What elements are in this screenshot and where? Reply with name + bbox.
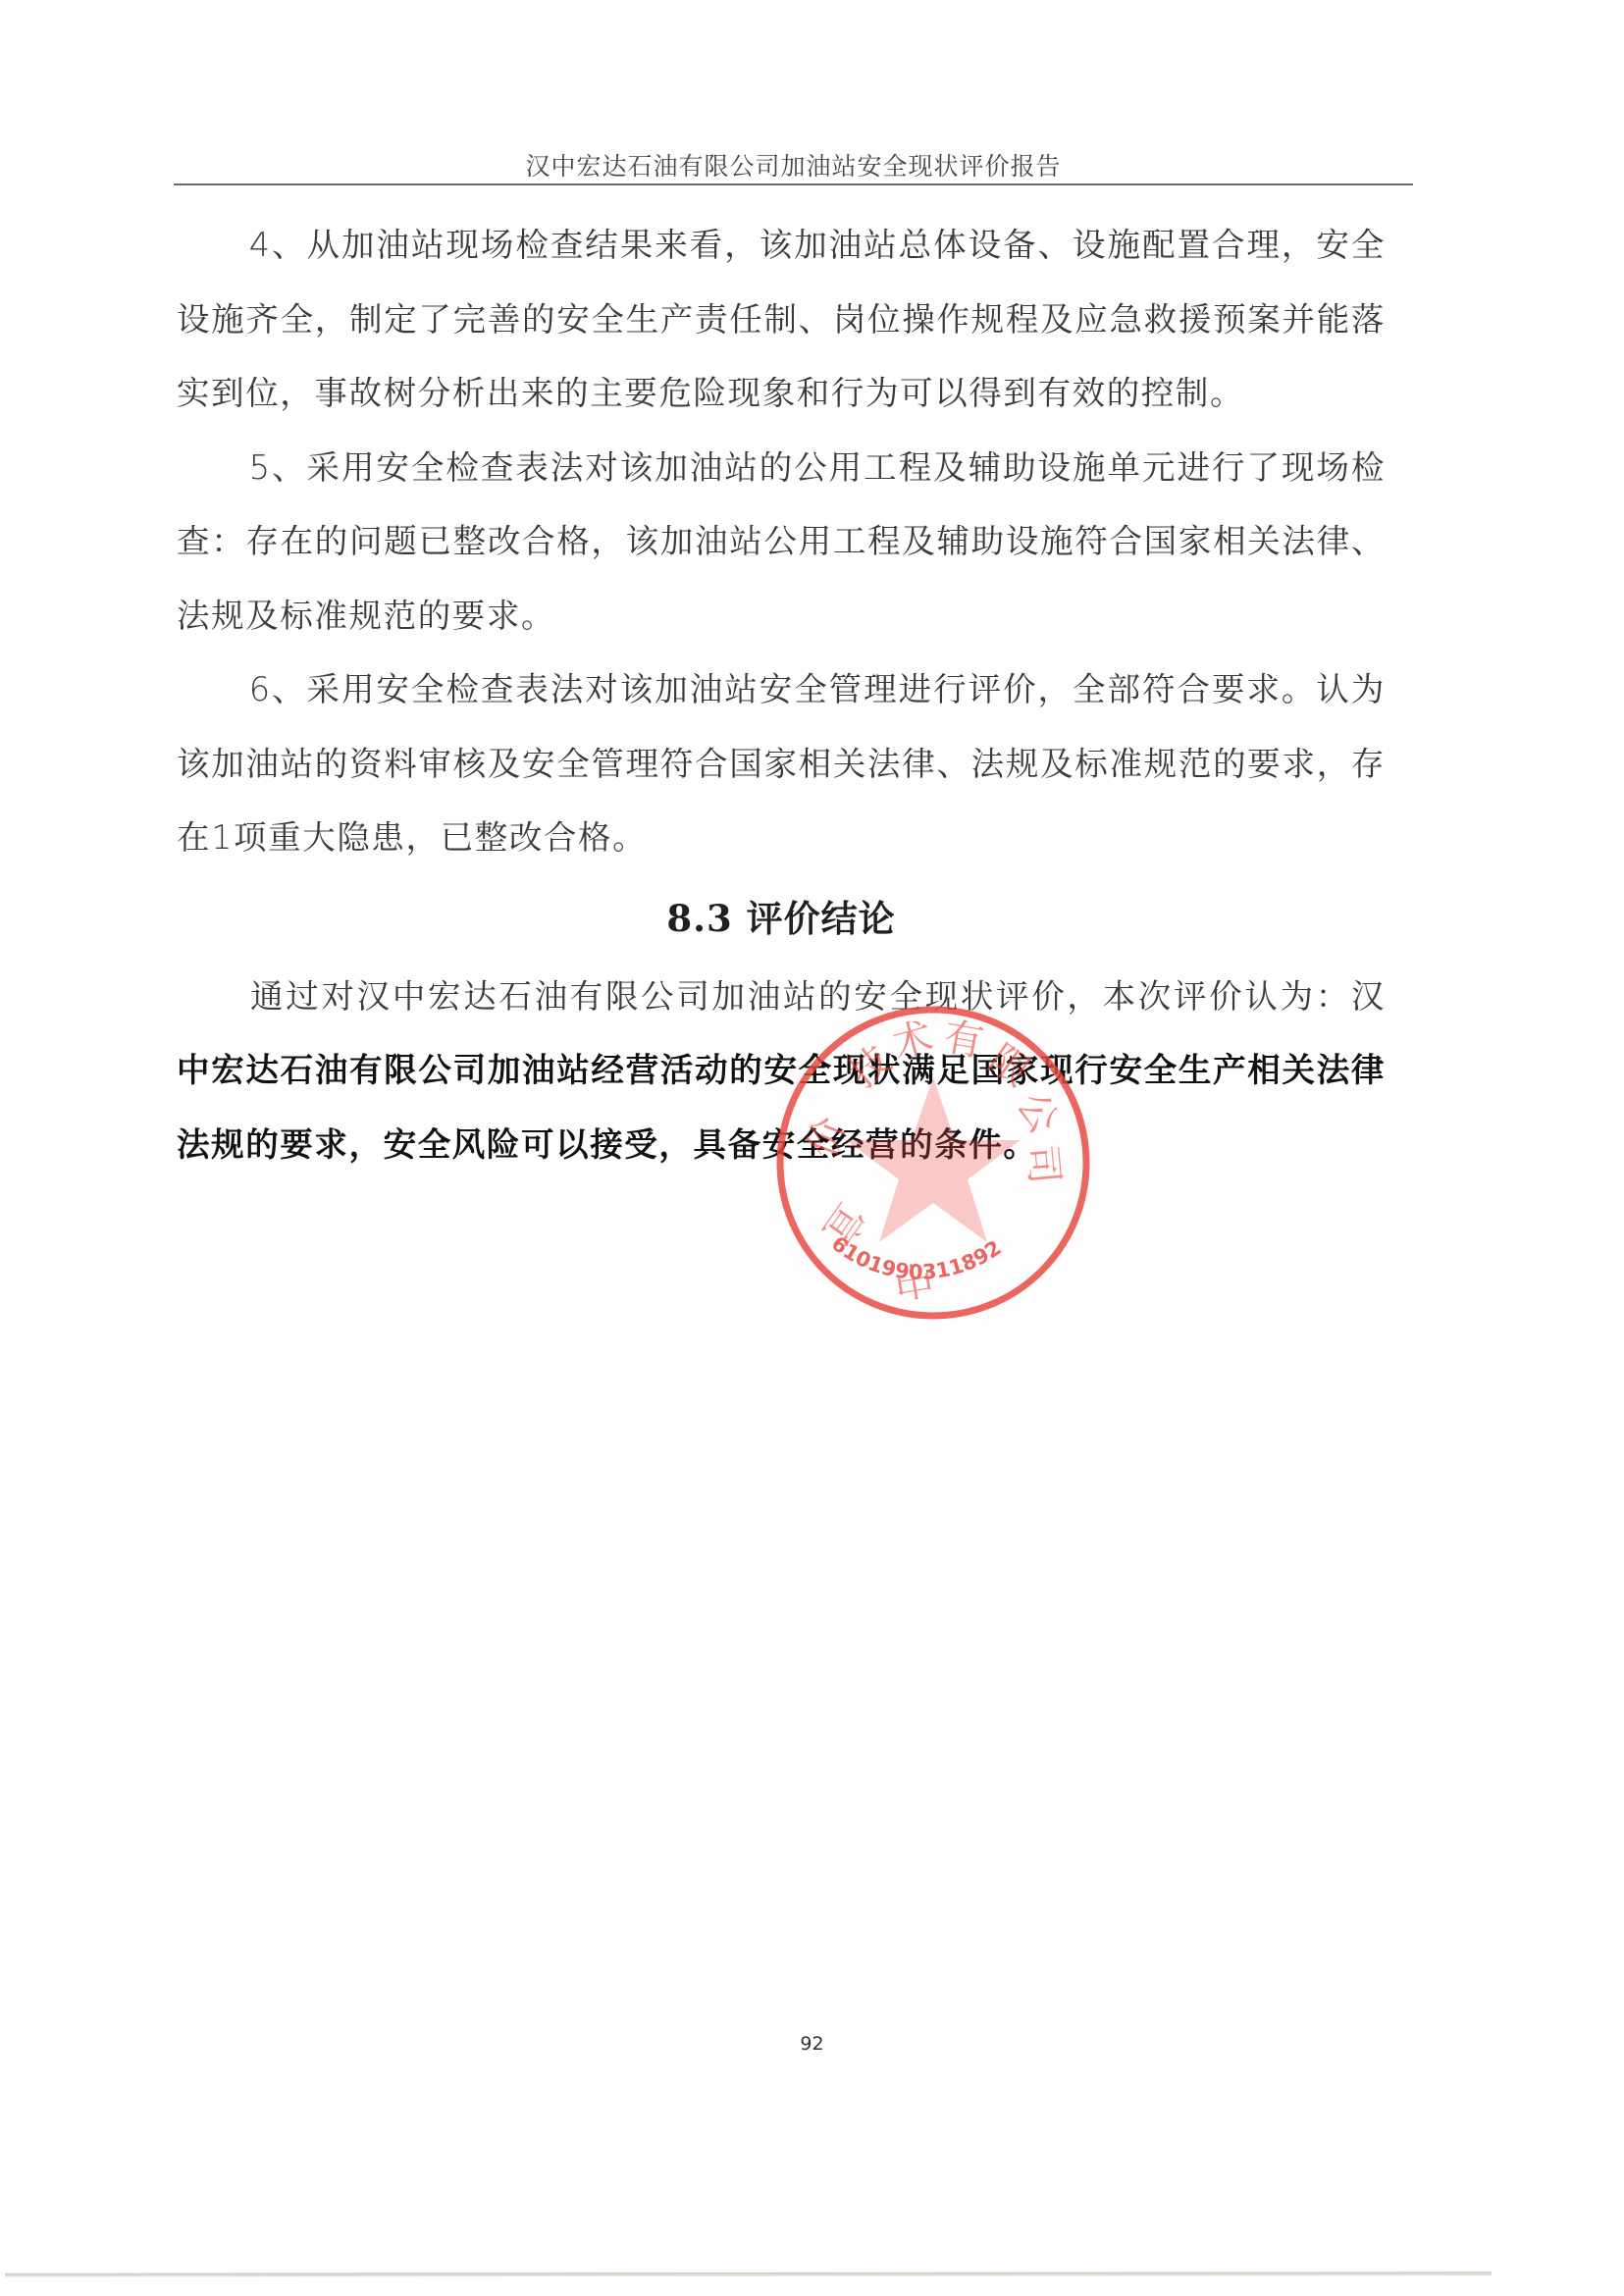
document-page: 汉中宏达石油有限公司加油站安全现状评价报告 4、从加油站现场检查结果来看，该加油… [0, 0, 1624, 2296]
page-number: 92 [0, 2033, 1624, 2055]
seal-glyph-1: 宣 [813, 1195, 873, 1253]
seal-number: 6101990311892 [827, 1231, 1006, 1284]
conclusion-paragraph: 通过对汉中宏达石油有限公司加油站的安全现状评价，本次评价认为：汉中宏达石油有限公… [177, 960, 1386, 1182]
seal-glyph-0: 中 [890, 1254, 936, 1305]
header-rule [174, 183, 1413, 185]
conclusion-statement: 中宏达石油有限公司加油站经营活动的安全现状满足国家现行安全生产相关法律法规的要求… [177, 1051, 1386, 1164]
conclusion-lead: 通过对汉中宏达石油有限公司加油站的安全现状评价，本次评价认为：汉 [249, 977, 1386, 1016]
section-title: 8.3 评价结论 [177, 879, 1386, 958]
paragraph-item-4: 4、从加油站现场检查结果来看，该加油站总体设备、设施配置合理，安全设施齐全，制定… [177, 208, 1386, 431]
paragraph-item-6: 6、采用安全检查表法对该加油站安全管理进行评价，全部符合要求。认为该加油站的资料… [177, 652, 1386, 875]
paragraph-item-5: 5、采用安全检查表法对该加油站的公用工程及辅助设施单元进行了现场检查：存在的问题… [177, 431, 1386, 653]
svg-text:6101990311892: 6101990311892 [827, 1231, 1006, 1284]
document-body: 4、从加油站现场检查结果来看，该加油站总体设备、设施配置合理，安全设施齐全，制定… [177, 208, 1386, 1181]
scan-bottom-edge [5, 2271, 1492, 2277]
running-header: 汉中宏达石油有限公司加油站安全现状评价报告 [174, 147, 1413, 183]
